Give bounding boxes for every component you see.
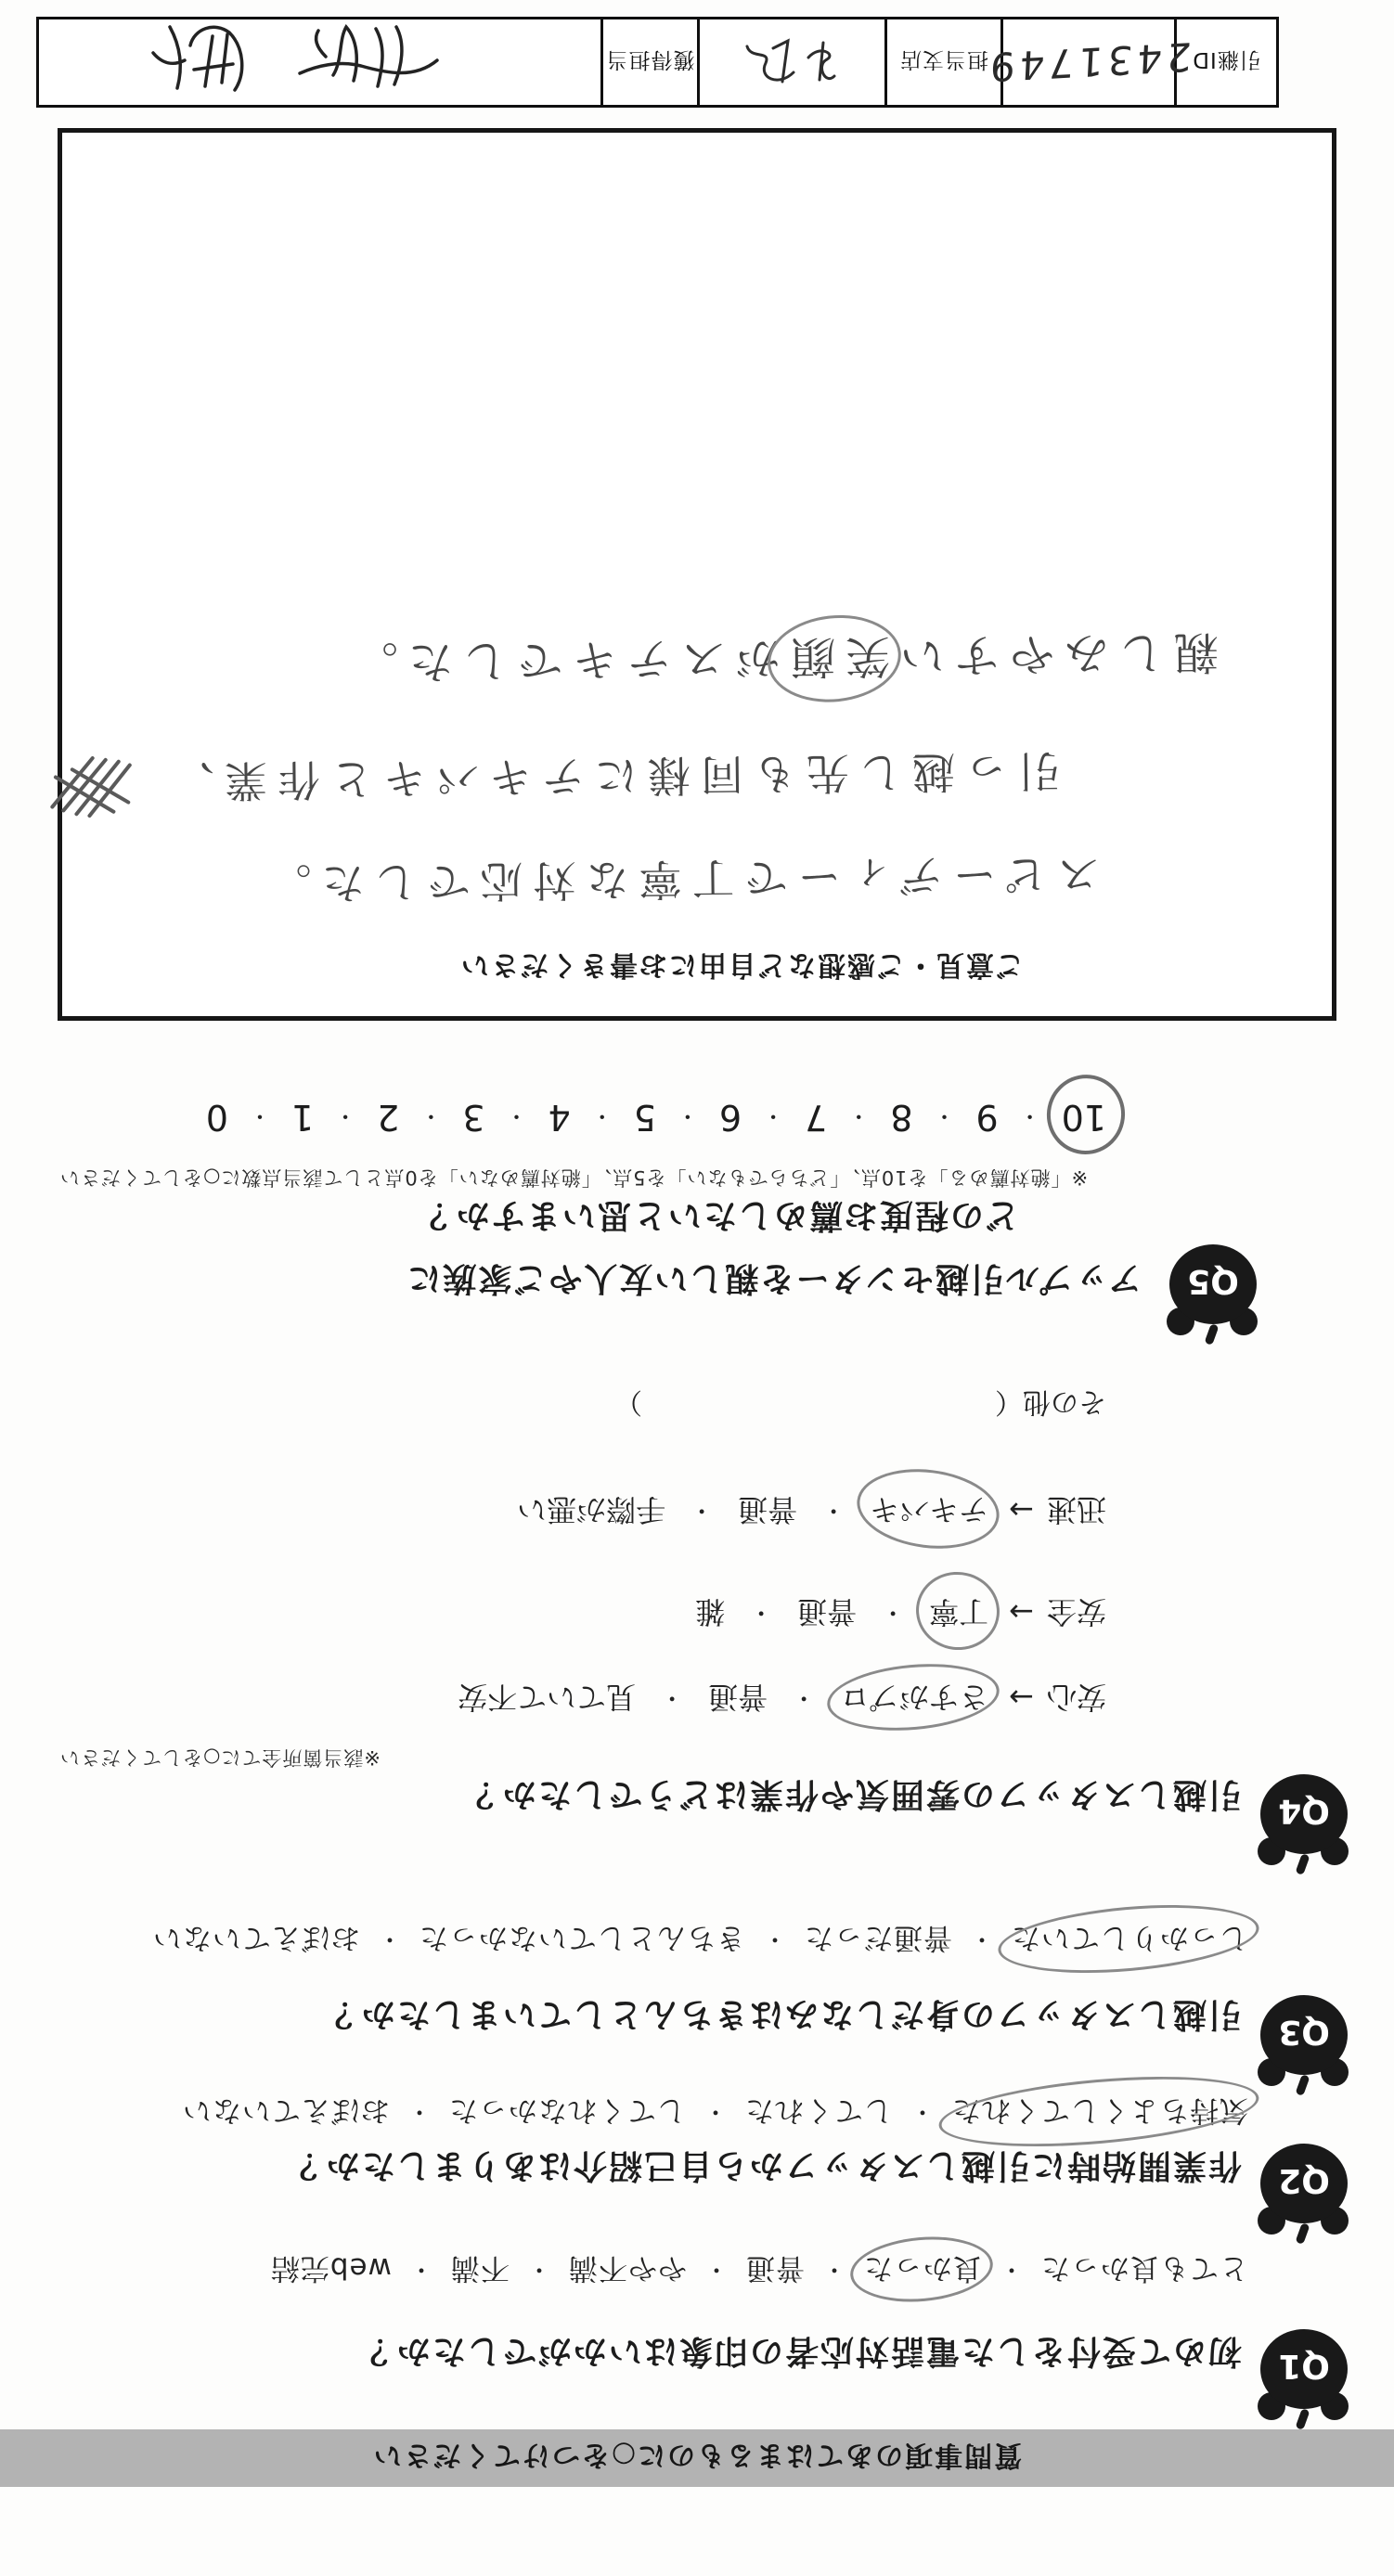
separator-dot: ・ (377, 1925, 402, 1952)
handover-id-value: 2431749 (1000, 19, 1174, 105)
separator-dot: ・ (762, 1925, 787, 1952)
q4-row-option: 普通 (797, 1594, 857, 1629)
handwritten-comment-line1: スピーディーで丁寧な対応でした。 (258, 845, 1100, 917)
q1-options: とても良かった・良かった・普通・やや不満・不満・web完結 (270, 2250, 1248, 2292)
q2-options: 気持ちよくしてくれた・してくれた・してくれなかった・おぼえていない (182, 2093, 1248, 2134)
q2-option: 気持ちよくしてくれた (951, 2093, 1248, 2127)
separator-dot: ・ (881, 1598, 905, 1626)
separator-dot: ・ (407, 2097, 432, 2125)
branch-value-handwriting (697, 19, 884, 105)
separator-dot: ・ (999, 2255, 1024, 2283)
separator-dot: ・ (660, 1683, 684, 1711)
q4-row-label: 安全 (1047, 1594, 1106, 1629)
q2-option-circled: 気持ちよくしてくれた (951, 2093, 1248, 2134)
separator-dot: ・ (792, 1683, 816, 1711)
q4-row-option-circled: さすがプロ (840, 1678, 988, 1720)
scale-value: 2 (377, 1097, 399, 1138)
scale-value: 6 (719, 1097, 742, 1138)
mascot-stem-icon (1296, 2222, 1310, 2245)
q3-option: おぼえていない (152, 1921, 360, 1954)
title-bar: 質問事項のあてはまるものに○をつけてください (0, 2429, 1394, 2487)
q3-option: きちんとしていなかった (419, 1921, 745, 1954)
q1-option: web完結 (270, 2251, 392, 2285)
separator-dot: ・ (762, 1103, 784, 1129)
q2-question-text: 作業開始時に引越しスタッフから自己紹介はありましたか？ (290, 2145, 1242, 2192)
q3-options: しっかりしていた・普通だった・きちんとしていなかった・おぼえていない (152, 1920, 1248, 1962)
signature-icon (294, 19, 443, 97)
q4-row-option: 雑 (695, 1594, 725, 1629)
q1-option: 不満 (450, 2251, 510, 2285)
footer-id-table: 引継ID 2431749 担当支店 獲得担当 (36, 17, 1279, 108)
q4-row-option: 丁寧 (929, 1594, 988, 1629)
acquisition-staff-signatures (39, 19, 600, 105)
q3-mascot-badge: Q3 (1258, 1993, 1348, 2086)
separator-dot: ・ (821, 2255, 846, 2283)
scale-value: 5 (634, 1097, 656, 1138)
q4-row-option: 普通 (708, 1680, 768, 1715)
separator-dot: ・ (821, 1496, 845, 1524)
q4-other-close: ） (614, 1385, 642, 1418)
handwritten-comment-line3: 親しみやすい笑顔がステキでした。 (343, 624, 1220, 699)
q3-option: 普通だった (804, 1921, 952, 1954)
scale-value: 4 (549, 1097, 571, 1138)
scale-value-circled: 10 (1062, 1097, 1106, 1138)
separator-dot: ・ (1019, 1103, 1041, 1129)
q1-option: やや不満 (568, 2251, 687, 2285)
arrow-right-icon: → (1009, 1492, 1034, 1527)
scale-value: 3 (462, 1097, 484, 1138)
q4-badge-label: Q4 (1260, 1792, 1348, 1830)
mascot-stem-icon (1296, 2408, 1310, 2430)
scale-value: 10 (1062, 1097, 1106, 1138)
signature-area (39, 19, 600, 105)
q5-badge-label: Q5 (1169, 1262, 1257, 1300)
q1-option: 良かった (863, 2251, 982, 2285)
q2-mascot-badge: Q2 (1258, 2142, 1348, 2235)
separator-dot: ・ (749, 1598, 773, 1626)
comment-box-label: ご意見・ご感想など自由にお書きください (459, 947, 1024, 988)
q4-row-option-circled: 丁寧 (929, 1592, 988, 1635)
scale-value: 7 (805, 1097, 827, 1138)
separator-dot: ・ (408, 2255, 433, 2283)
q4-row-option: 手際が悪い (517, 1492, 665, 1527)
q5-question-line1: アップル引越センターを親しい友人やご家族に (406, 1257, 1142, 1305)
arrow-right-icon: → (1009, 1594, 1034, 1629)
q1-option-circled: 良かった (863, 2250, 982, 2292)
q4-row-label: 安心 (1047, 1680, 1106, 1715)
separator-dot: ・ (847, 1103, 870, 1129)
handwritten-comment-line2: 引っ越し先も同様にテキパキと作業、 (41, 732, 1062, 823)
q1-question-text: 初めて受付をした電話対応者の印象はいかがでしたか？ (360, 2330, 1242, 2377)
separator-dot: ・ (334, 1103, 356, 1129)
q5-question-line2: どの程度お薦めしたいと思いますか？ (419, 1194, 1019, 1242)
q2-option: してくれなかった (448, 2093, 686, 2127)
q2-badge-label: Q2 (1260, 2161, 1348, 2199)
q3-badge-label: Q3 (1260, 2013, 1348, 2051)
q4-other-field: その他（） (614, 1385, 1106, 1425)
q3-question-text: 引越しスタッフの身だしなみはきちんとしていましたか？ (325, 1993, 1242, 2041)
q4-question-text: 引越しスタッフの雰囲気や作業はどうでしたか？ (466, 1773, 1242, 1821)
q4-note: ※該当箇所全てに○をしてください (59, 1745, 381, 1772)
separator-dot: ・ (249, 1103, 271, 1129)
separator-dot: ・ (419, 1103, 442, 1129)
q4-row-option: 普通 (738, 1492, 797, 1527)
separator-dot: ・ (591, 1103, 613, 1129)
q5-mascot-badge: Q5 (1168, 1243, 1257, 1335)
scale-value: 9 (975, 1097, 998, 1138)
separator-dot: ・ (690, 1496, 714, 1524)
branch-label: 担当支店 (884, 19, 1000, 105)
separator-dot: ・ (933, 1103, 955, 1129)
title-bar-text: 質問事項のあてはまるものに○をつけてください (372, 2438, 1022, 2479)
q4-row-option: テキパキ (870, 1492, 988, 1527)
signature-icon (144, 18, 255, 101)
handwritten-comment-line3-pre: 親しみやすい (890, 625, 1220, 681)
separator-dot: ・ (703, 2097, 728, 2125)
q4-other-open: その他（ (995, 1385, 1106, 1418)
handover-id-handwriting: 2431749 (985, 34, 1193, 91)
q1-option: とても良かった (1040, 2251, 1248, 2285)
upside-down-scan-wrapper: 質問事項のあてはまるものに○をつけてください Q1 初めて受付をした電話対応者の… (0, 0, 1394, 2576)
separator-dot: ・ (910, 2097, 935, 2125)
q4-row-option: さすがプロ (840, 1680, 988, 1715)
q5-rating-scale: 10・9・8・7・6・5・4・3・2・1・0 (206, 1097, 1106, 1138)
q3-option: しっかりしていた (1011, 1921, 1248, 1954)
mascot-stem-icon (1205, 1323, 1220, 1346)
mascot-stem-icon (1296, 1853, 1310, 1875)
q4-row-label: 迅速 (1047, 1492, 1106, 1527)
arrow-right-icon: → (1009, 1680, 1034, 1715)
q4-mascot-badge: Q4 (1258, 1772, 1348, 1865)
acquisition-staff-label: 獲得担当 (600, 19, 697, 105)
handwritten-circled-word-text: 笑顔 (781, 630, 891, 683)
scale-value: 1 (291, 1097, 314, 1138)
q5-note: ※「絶対薦める」を10点、「どちらでもない」を5点、「絶対薦めない」を0点として… (59, 1165, 1088, 1192)
q4-row-option-circled: テキパキ (870, 1490, 988, 1533)
separator-dot: ・ (506, 1103, 528, 1129)
handwritten-comment-circled-word: 笑顔 (781, 628, 891, 693)
mascot-stem-icon (1296, 2074, 1310, 2096)
q2-option: おぼえていない (182, 2093, 390, 2127)
comment-box: ご意見・ご感想など自由にお書きください スピーディーで丁寧な対応でした。 引っ越… (58, 128, 1336, 1021)
scanned-survey-sheet: 質問事項のあてはまるものに○をつけてください Q1 初めて受付をした電話対応者の… (0, 0, 1394, 2576)
scale-value: 8 (890, 1097, 912, 1138)
separator-dot: ・ (703, 2255, 729, 2283)
q2-option: してくれた (744, 2093, 893, 2127)
separator-dot: ・ (526, 2255, 551, 2283)
scale-value: 0 (206, 1097, 228, 1138)
separator-dot: ・ (677, 1103, 699, 1129)
handwritten-comment-line2-text: 引っ越し先も同様にテキパキと作業、 (161, 745, 1062, 806)
scribble-mark-icon (41, 743, 138, 823)
q4-row-anzen: 安全→丁寧・普通・雑 (695, 1592, 1106, 1635)
q1-option: 普通 (745, 2251, 805, 2285)
separator-dot: ・ (969, 1925, 994, 1952)
q4-row-jinsoku: 迅速→テキパキ・普通・手際が悪い (517, 1490, 1106, 1533)
q4-row-anshin: 安心→さすがプロ・普通・見ていて不安 (458, 1678, 1106, 1720)
illegible-handwriting-icon (737, 33, 848, 91)
q4-row-option: 見ていて不安 (458, 1680, 636, 1715)
q1-badge-label: Q1 (1260, 2347, 1348, 2385)
q3-option-circled: しっかりしていた (1011, 1920, 1248, 1962)
handwritten-comment-line3-post: がステキでした。 (343, 631, 781, 689)
q1-mascot-badge: Q1 (1258, 2327, 1348, 2420)
